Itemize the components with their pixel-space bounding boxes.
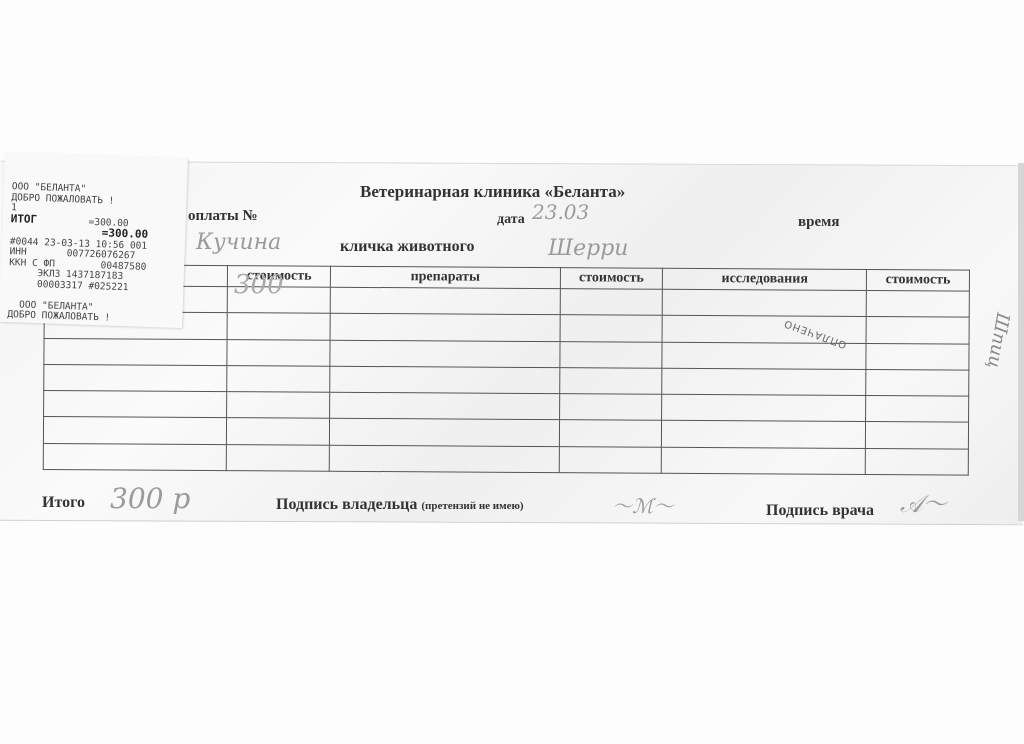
table-cell[interactable] <box>866 369 969 396</box>
table-cell[interactable] <box>559 367 662 394</box>
table-cell[interactable] <box>43 443 227 470</box>
header-drugs: препараты <box>330 266 560 288</box>
table-cell[interactable] <box>559 394 662 421</box>
receipt-kkn-label: ККН С ФП <box>9 257 55 270</box>
receipt-code: 00003317 #025221 <box>37 279 129 293</box>
table-cell[interactable] <box>330 340 560 368</box>
table-cell[interactable] <box>227 365 330 392</box>
table-row <box>43 443 968 475</box>
header-research: исследования <box>663 268 867 290</box>
owner-value[interactable]: Кучина <box>196 230 281 255</box>
table-cell[interactable] <box>227 418 330 445</box>
date-label: дата <box>497 212 525 228</box>
table-cell[interactable] <box>662 421 866 449</box>
table-cell[interactable] <box>227 313 330 340</box>
table-cell[interactable] <box>560 341 663 368</box>
doctor-signature[interactable]: 𝒜〜 <box>900 484 947 519</box>
owner-signature-note: (претензий не имею) <box>421 500 523 512</box>
table-cell[interactable] <box>866 396 969 423</box>
table-cell[interactable] <box>227 444 330 471</box>
table-cell[interactable] <box>330 314 560 342</box>
table-cell[interactable] <box>866 291 969 318</box>
table-cell[interactable] <box>43 417 227 444</box>
table-cell[interactable] <box>662 368 866 396</box>
table-cell[interactable] <box>866 317 969 344</box>
table-cell[interactable] <box>44 364 228 391</box>
receipt-footer-welcome: ДОБРО ПОЖАЛОВАТЬ ! <box>7 309 110 324</box>
payment-number-label: оплаты № <box>188 208 258 225</box>
total-label: Итого <box>42 494 85 512</box>
table-cell[interactable] <box>330 366 560 394</box>
table-cell[interactable] <box>227 339 330 366</box>
sheet-edge <box>1018 163 1024 521</box>
date-value[interactable]: 23.03 <box>532 200 589 224</box>
header-cost-2: стоимость <box>560 268 663 290</box>
table-cell[interactable] <box>227 392 330 419</box>
table-cell[interactable] <box>559 446 662 473</box>
header-cost-3: стоимость <box>867 270 970 292</box>
total-value[interactable]: 300 р <box>110 482 190 515</box>
table-cell[interactable] <box>662 394 866 422</box>
table-cell[interactable] <box>560 289 663 316</box>
owner-signature-text: Подпись владельца <box>276 496 417 513</box>
table-cell[interactable] <box>44 338 228 365</box>
table-cell[interactable] <box>330 392 560 420</box>
clinic-title: Ветеринарная клиника «Беланта» <box>360 182 625 202</box>
pet-name-value[interactable]: Шерри <box>548 236 628 261</box>
table-cell[interactable] <box>330 287 560 315</box>
doctor-signature-label: Подпись врача <box>766 502 874 520</box>
table-cell[interactable] <box>560 315 663 342</box>
table-cell[interactable] <box>866 343 969 370</box>
table-cell[interactable] <box>559 420 662 447</box>
cost-handwritten: 300 <box>234 270 284 300</box>
receipt-total-label: ИТОГ <box>10 212 37 226</box>
table-cell[interactable] <box>866 448 969 475</box>
table-cell[interactable] <box>663 289 867 317</box>
pet-name-label: кличка животного <box>340 238 475 256</box>
table-cell[interactable] <box>866 422 969 449</box>
table-cell[interactable] <box>662 447 866 475</box>
cash-receipt: ООО "БЕЛАНТА" ДОБРО ПОЖАЛОВАТЬ ! 1 ИТОГ … <box>0 152 188 328</box>
time-label: время <box>798 214 839 231</box>
owner-signature-label: Подпись владельца (претензий не имею) <box>276 496 524 514</box>
receipt-welcome: ДОБРО ПОЖАЛОВАТЬ ! <box>11 192 114 207</box>
table-cell[interactable] <box>44 391 228 418</box>
owner-signature[interactable]: 〜ℳ〜 <box>612 490 673 519</box>
table-cell[interactable] <box>329 445 559 473</box>
table-cell[interactable] <box>329 419 559 447</box>
